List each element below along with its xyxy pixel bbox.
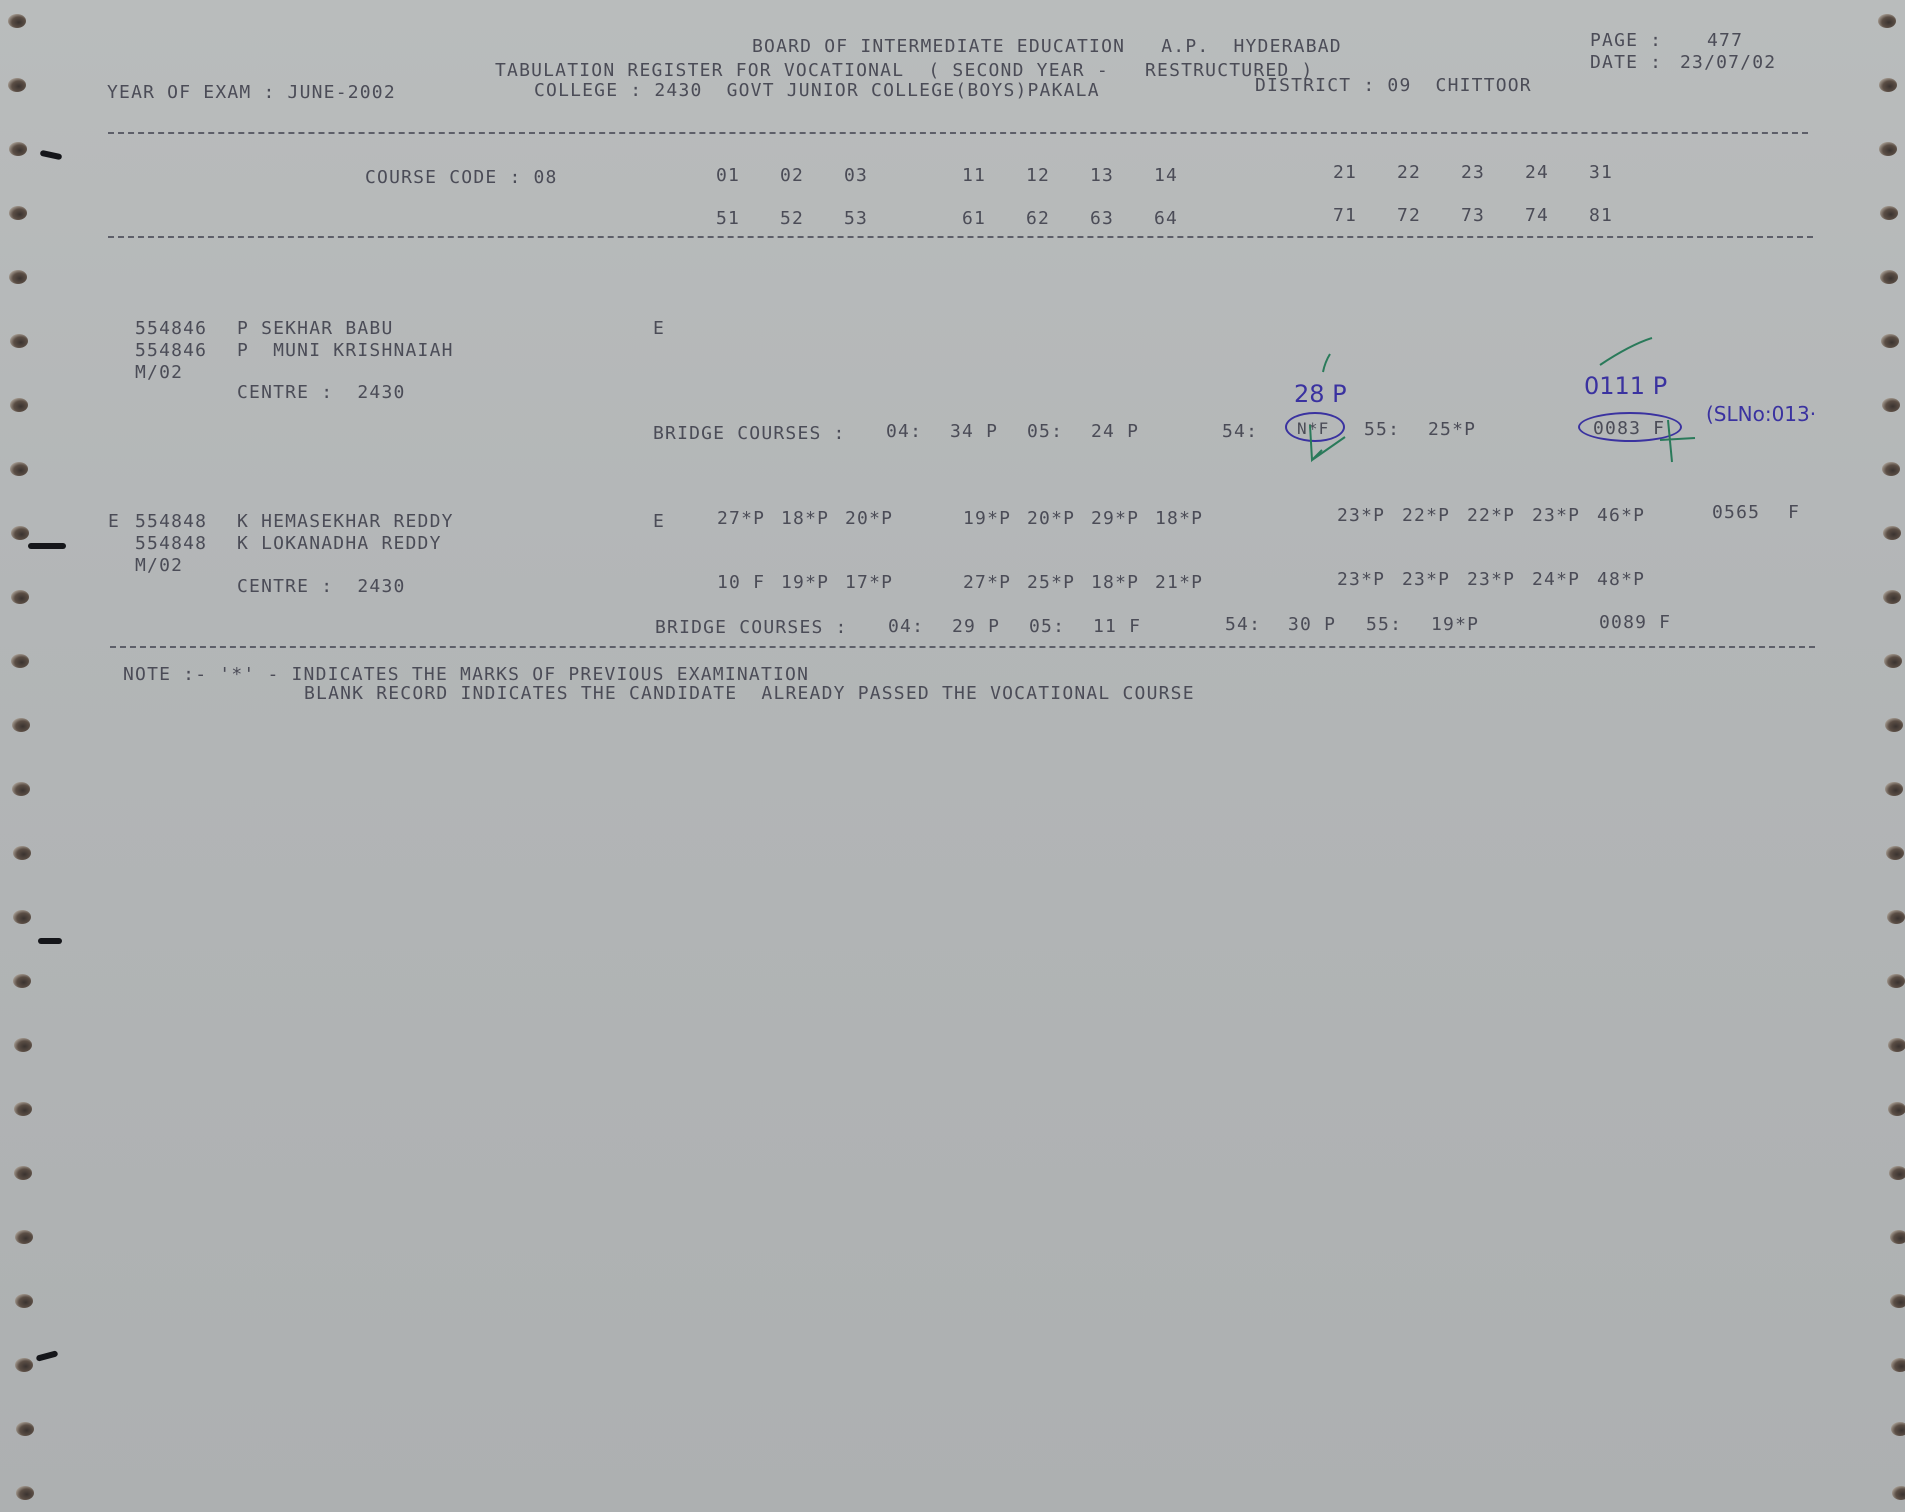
separator xyxy=(110,646,1815,648)
centre: CENTRE : 2430 xyxy=(237,576,406,597)
hall-ticket: 554848 xyxy=(135,511,207,532)
subject-mark: 18*P xyxy=(1155,508,1203,529)
subject-mark: 25*P xyxy=(1027,572,1075,593)
subject-mark: 23*P xyxy=(1337,569,1385,590)
subject-mark: 17*P xyxy=(845,572,893,593)
bridge-mark: 11 F xyxy=(1093,616,1141,637)
subject-mark: 18*P xyxy=(1091,572,1139,593)
subject-mark: 29*P xyxy=(1091,508,1139,529)
subject-mark: 27*P xyxy=(963,572,1011,593)
bridge-code: 04: xyxy=(888,616,924,637)
bridge-label: BRIDGE COURSES : xyxy=(655,617,848,638)
candidate-name: K HEMASEKHAR REDDY xyxy=(237,511,454,532)
bridge-code: 05: xyxy=(1029,616,1065,637)
subject-mark: 48*P xyxy=(1597,569,1645,590)
green-tick-marks xyxy=(0,0,1905,1512)
bridge-mark: 29 P xyxy=(952,616,1000,637)
subject-mark: 23*P xyxy=(1532,505,1580,526)
medium: E xyxy=(653,511,665,532)
bridge-code: 54: xyxy=(1225,614,1261,635)
grand-result: F xyxy=(1788,502,1800,523)
subject-mark: 27*P xyxy=(717,508,765,529)
father-name: K LOKANADHA REDDY xyxy=(237,533,442,554)
subject-mark: 20*P xyxy=(1027,508,1075,529)
subject-mark: 46*P xyxy=(1597,505,1645,526)
subject-mark: 22*P xyxy=(1467,505,1515,526)
subject-mark: 24*P xyxy=(1532,569,1580,590)
record-prefix: E xyxy=(108,511,120,532)
note-line-2: BLANK RECORD INDICATES THE CANDIDATE ALR… xyxy=(304,683,1195,704)
grand-total: 0565 xyxy=(1712,502,1760,523)
subject-mark: 20*P xyxy=(845,508,893,529)
subject-mark: 23*P xyxy=(1402,569,1450,590)
subject-mark: 10 F xyxy=(717,572,765,593)
bridge-mark: 19*P xyxy=(1431,614,1479,635)
subject-mark: 19*P xyxy=(963,508,1011,529)
subject-mark: 21*P xyxy=(1155,572,1203,593)
exam-code: M/02 xyxy=(135,555,183,576)
bridge-mark: 30 P xyxy=(1288,614,1336,635)
subject-mark: 19*P xyxy=(781,572,829,593)
total-marks: 0089 F xyxy=(1599,612,1671,633)
subject-mark: 23*P xyxy=(1467,569,1515,590)
note-line-1: NOTE :- '*' - INDICATES THE MARKS OF PRE… xyxy=(123,664,809,685)
hall-ticket: 554848 xyxy=(135,533,207,554)
subject-mark: 18*P xyxy=(781,508,829,529)
subject-mark: 22*P xyxy=(1402,505,1450,526)
subject-mark: 23*P xyxy=(1337,505,1385,526)
bridge-code: 55: xyxy=(1366,614,1402,635)
